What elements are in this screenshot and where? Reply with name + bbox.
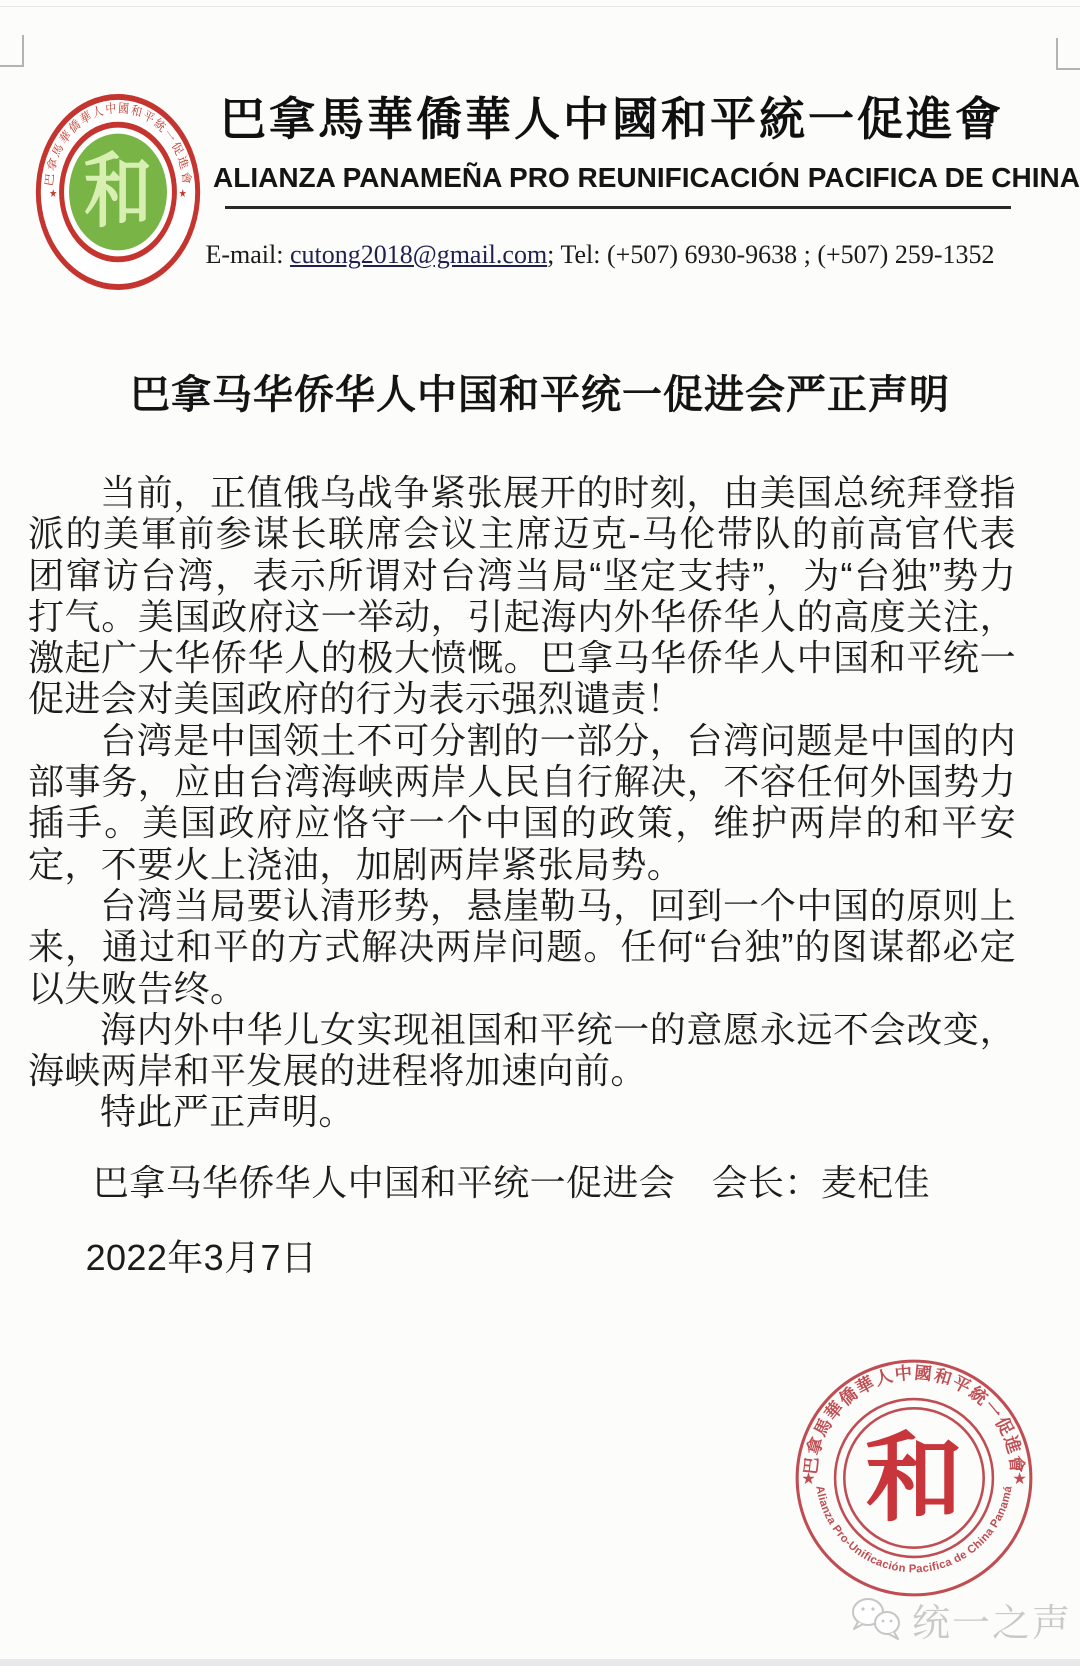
paragraph-2: 台湾是中国领土不可分割的一部分，台湾问题是中国的内部事务，应由台湾海峡两岸人民自…	[28, 720, 1016, 885]
seal-left-star-icon: ★	[801, 1470, 816, 1488]
logo-right-star-icon: ★	[179, 188, 187, 200]
statement-page: { "header": { "logo": { "ring_text": "巴拿…	[0, 0, 1080, 1666]
contact-line: E-mail: cutong2018@gmail.com; Tel: (+507…	[150, 240, 1050, 270]
margin-corner-mark-left	[0, 35, 24, 67]
statement-body: 当前，正值俄乌战争紧张展开的时刻，由美国总统拜登指派的美軍前参谋长联席会议主席迈…	[28, 472, 1016, 1278]
seal-right-star-icon: ★	[1012, 1470, 1027, 1488]
logo-left-star-icon: ★	[49, 188, 57, 200]
seal-he-character: 和	[865, 1426, 962, 1534]
email-label: E-mail:	[206, 240, 290, 269]
paragraph-1: 当前，正值俄乌战争紧张展开的时刻，由美国总统拜登指派的美軍前参谋长联席会议主席迈…	[28, 472, 1016, 720]
margin-corner-mark-right	[1056, 38, 1080, 70]
wechat-icon	[848, 1595, 904, 1643]
watermark-text: 统一之声	[912, 1592, 1072, 1647]
statement-title: 巴拿马华侨华人中国和平统一促进会严正声明	[0, 372, 1080, 418]
org-name-chinese: 巴拿馬華僑華人中國和平統一促進會	[213, 90, 1011, 150]
official-seal: 巴拿馬華僑華人中國和平統一促進會 Alianza Pro-Unificación…	[791, 1355, 1037, 1606]
date-line: 2022年3月7日	[28, 1237, 1016, 1278]
tel-numbers: Tel: (+507) 6930-9638 ; (+507) 259-1352	[560, 240, 994, 269]
closing-line: 特此严正声明。	[28, 1091, 1016, 1132]
letterhead-divider	[225, 206, 1011, 209]
watermark: 统一之声	[848, 1594, 1072, 1644]
logo-he-character: 和	[84, 148, 152, 238]
org-name-spanish: ALIANZA PANAMEÑA PRO REUNIFICACIÓN PACIF…	[213, 158, 1011, 198]
paragraph-3: 台湾当局要认清形势，悬崖勒马，回到一个中国的原则上来，通过和平的方式解决两岸问题…	[28, 885, 1016, 1009]
email-link[interactable]: cutong2018@gmail.com	[290, 240, 547, 269]
official-seal-graphic: 巴拿馬華僑華人中國和平統一促進會 Alianza Pro-Unificación…	[791, 1355, 1037, 1601]
photo-top-edge	[0, 6, 1080, 7]
contact-separator: ;	[547, 240, 560, 269]
paragraph-4: 海内外中华儿女实现祖国和平统一的意愿永远不会改变，海峡两岸和平发展的进程将加速向…	[28, 1009, 1016, 1092]
photo-bottom-edge	[0, 1659, 1080, 1666]
signature-line: 巴拿马华侨华人中国和平统一促进会 会长：麦杞佳	[28, 1162, 1016, 1203]
